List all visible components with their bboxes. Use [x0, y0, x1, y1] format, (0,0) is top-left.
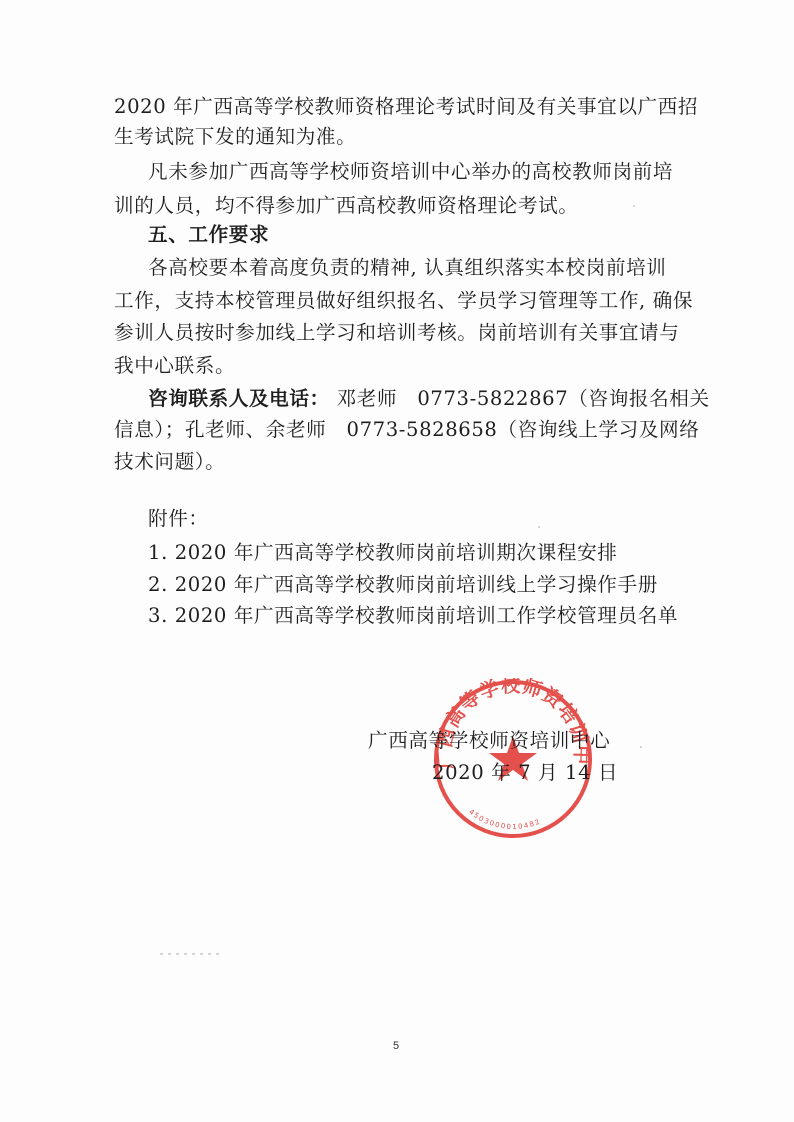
paragraph-eligibility-line1: 凡未参加广西高等学校师资培训中心举办的高校教师岗前培	[148, 159, 718, 185]
signature-organization: 广西高等学校师资培训中心	[368, 728, 610, 754]
page-number: 5	[393, 1040, 399, 1052]
section-heading-work-requirements: 五、工作要求	[148, 222, 718, 248]
document-page: 2020 年广西高等学校教师资格理论考试时间及有关事宜以广西招 生考试院下发的通…	[0, 0, 794, 1122]
contact-line3: 技术问题）。	[114, 449, 684, 475]
requirements-line3: 参训人员按时参加线上学习和培训考核。岗前培训有关事宜请与	[114, 320, 684, 346]
attachment-item-1: 1. 2020 年广西高等学校教师岗前培训期次课程安排	[148, 540, 718, 566]
scan-artifact-dot	[538, 526, 540, 528]
contact-teacher-deng: 邓老师 0773-5822867（咨询报名相关	[330, 387, 710, 410]
contact-label: 咨询联系人及电话：	[148, 387, 330, 410]
paragraph-exam-notice-line1: 2020 年广西高等学校教师资格理论考试时间及有关事宜以广西招	[114, 94, 684, 120]
attachments-label: 附件：	[148, 506, 718, 532]
paragraph-exam-notice-line2: 生考试院下发的通知为准。	[114, 124, 684, 150]
contact-line1: 咨询联系人及电话： 邓老师 0773-5822867（咨询报名相关	[148, 386, 718, 412]
scan-artifact-dot	[633, 205, 635, 207]
signature-date: 2020 年 7 月 14 日	[432, 760, 618, 786]
scan-artifact-dot	[640, 746, 642, 748]
requirements-line1: 各高校要本着高度负责的精神, 认真组织落实本校岗前培训	[148, 255, 718, 281]
scan-artifact	[160, 953, 220, 955]
attachment-item-3: 3. 2020 年广西高等学校教师岗前培训工作学校管理员名单	[148, 603, 718, 629]
official-seal-stamp: 广西高等学校师资培训中心 4503000010482	[432, 678, 594, 840]
attachment-item-2: 2. 2020 年广西高等学校教师岗前培训线上学习操作手册	[148, 572, 718, 598]
requirements-line2: 工作，支持本校管理员做好组织报名、学员学习管理等工作, 确保	[114, 288, 684, 314]
contact-line2: 信息）；孔老师、余老师 0773-5828658（咨询线上学习及网络	[114, 417, 684, 443]
requirements-line4: 我中心联系。	[114, 353, 684, 379]
paragraph-eligibility-line2: 训的人员，均不得参加广西高校教师资格理论考试。	[114, 193, 684, 219]
